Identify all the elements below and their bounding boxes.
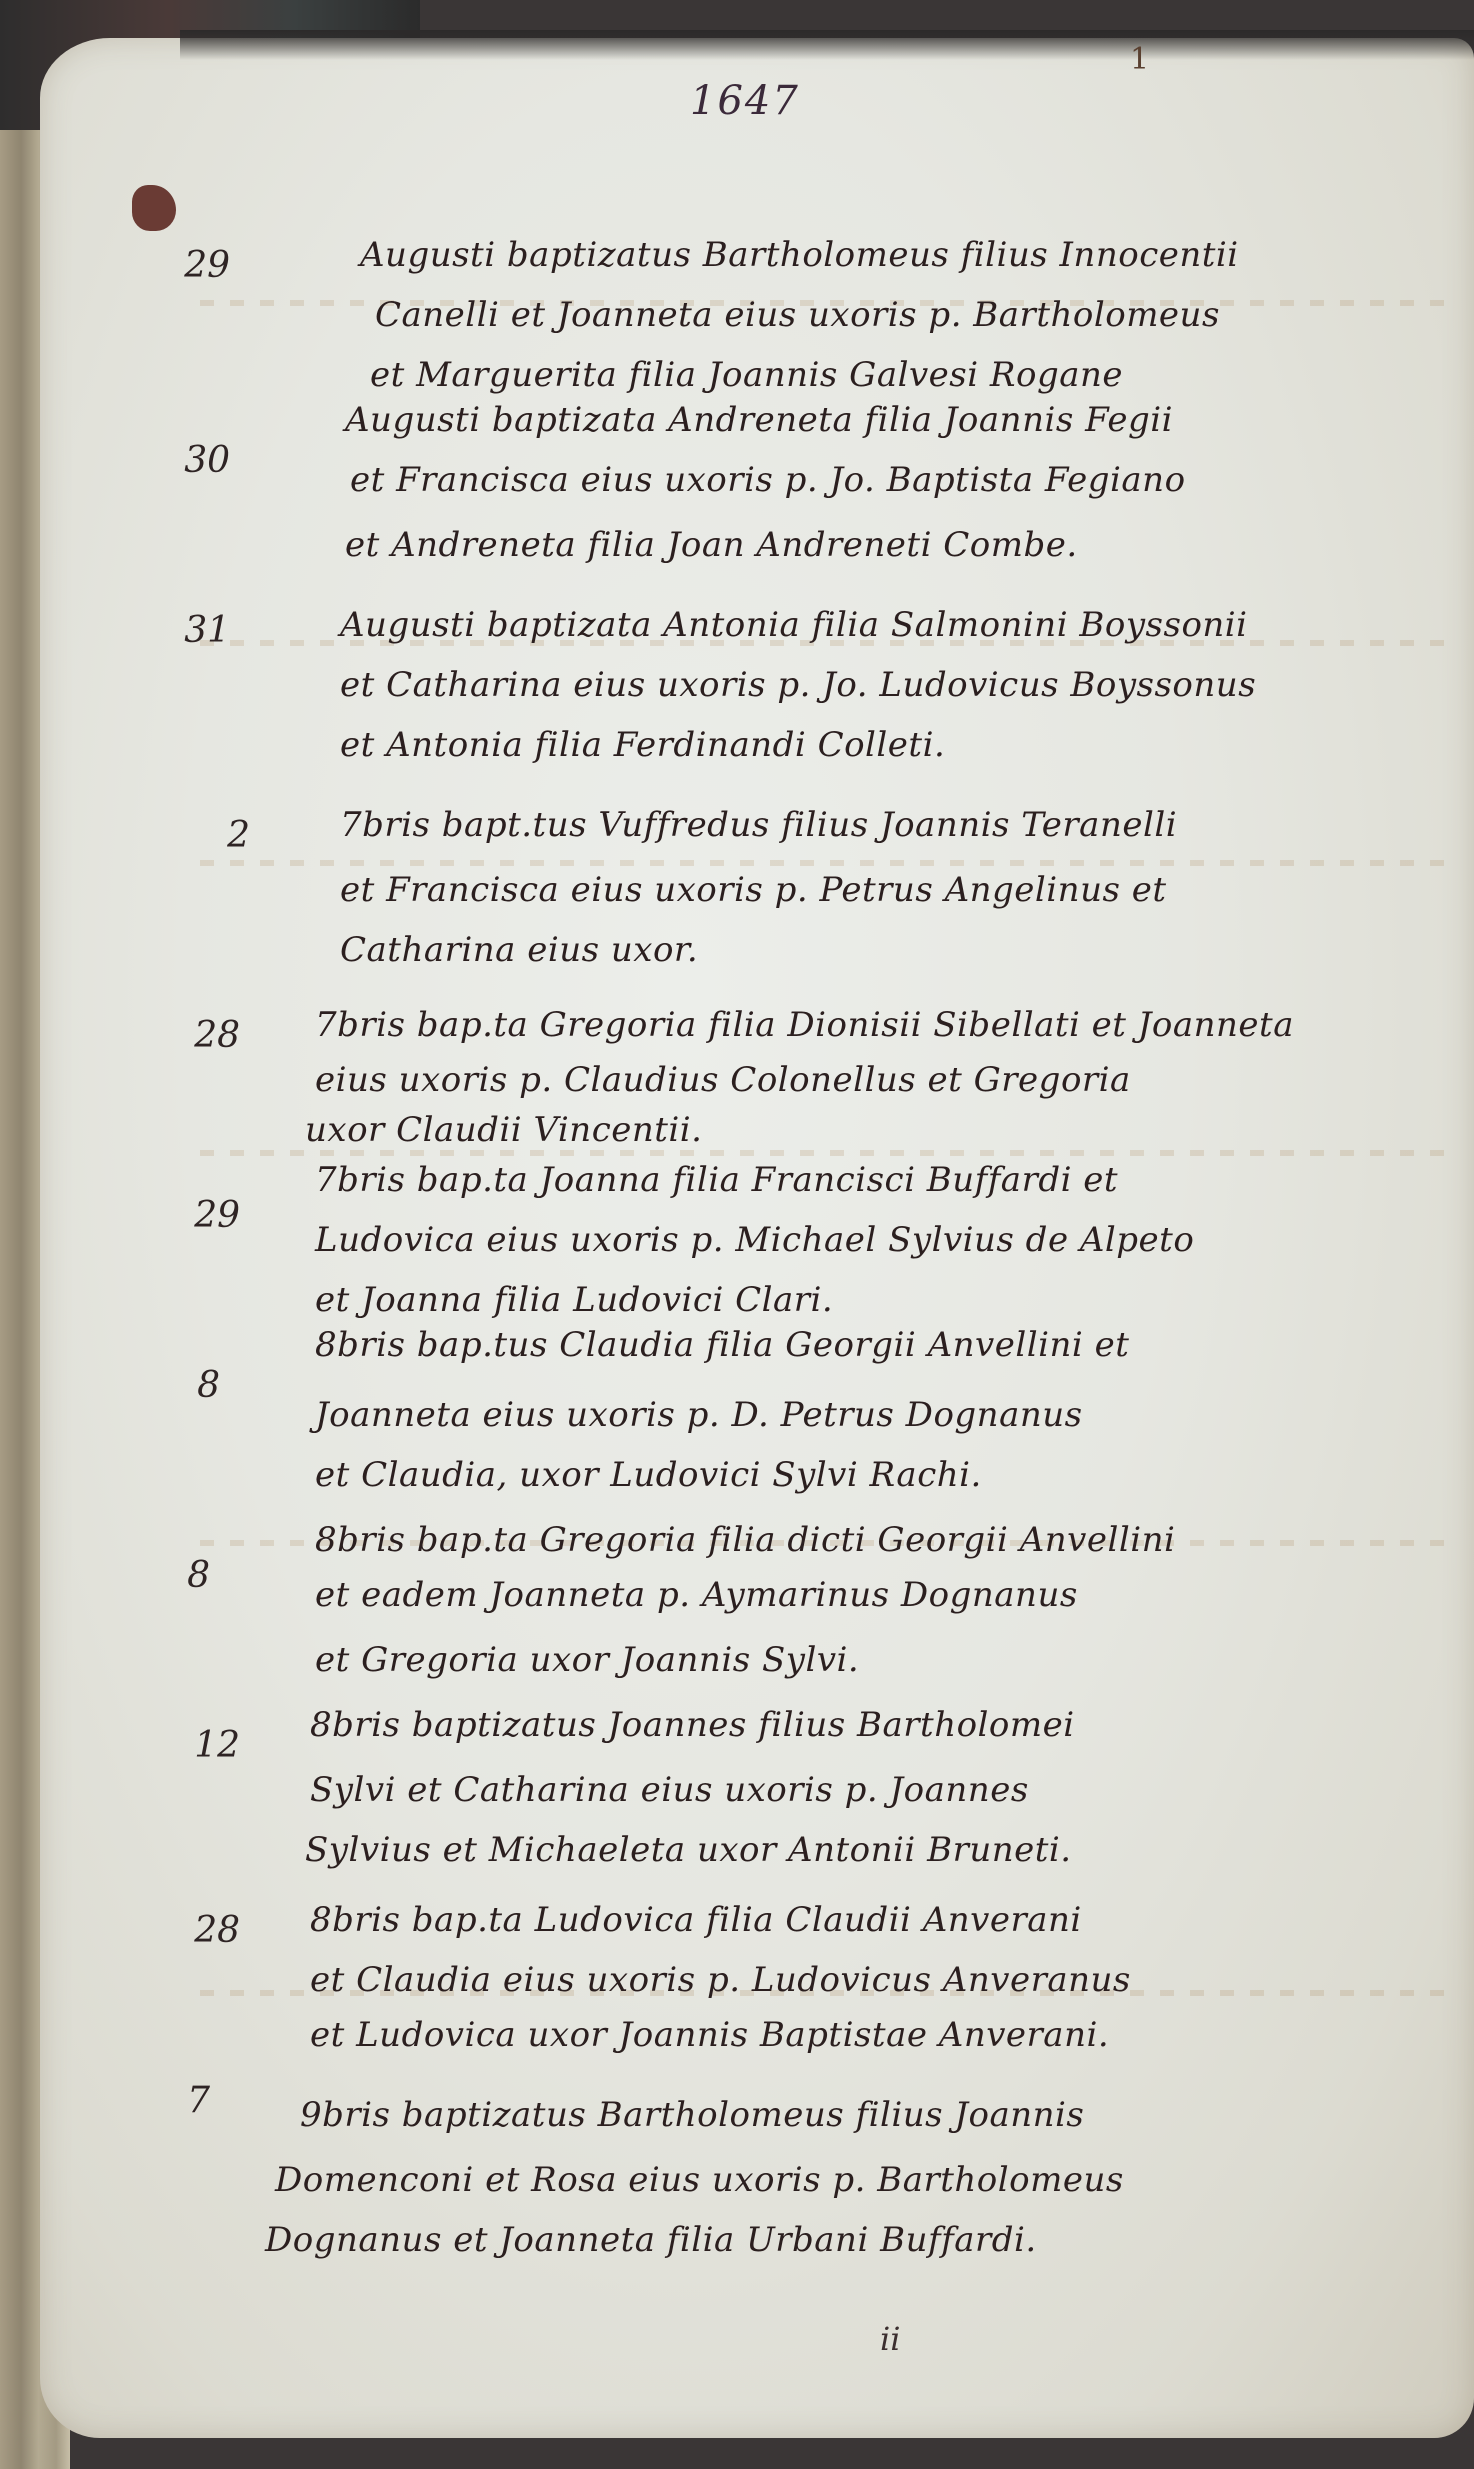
entry-line: et Andreneta filia Joan Andreneti Combe. <box>345 525 1078 565</box>
footer-mark: ii <box>880 2320 900 2358</box>
entry-day: 8 <box>140 1365 220 1406</box>
entry-day: 8 <box>130 1555 210 1596</box>
entry-line: 8bris baptizatus Joannes filius Bartholo… <box>310 1705 1075 1745</box>
entry-day: 29 <box>160 1195 240 1236</box>
entry-line: 9bris baptizatus Bartholomeus filius Joa… <box>300 2095 1084 2135</box>
corner-mark: 1 <box>1130 42 1149 77</box>
entry-day: 31 <box>150 610 230 651</box>
entry-line: Dognanus et Joanneta filia Urbani Buffar… <box>265 2220 1037 2260</box>
entry-line: et Catharina eius uxoris p. Jo. Ludovicu… <box>340 665 1256 705</box>
entry-line: et eadem Joanneta p. Aymarinus Dognanus <box>315 1575 1078 1615</box>
entry-line: Augusti baptizata Antonia filia Salmonin… <box>340 605 1248 645</box>
entry-day: 28 <box>160 1910 240 1951</box>
entry-line: 7bris bap.ta Gregoria filia Dionisii Sib… <box>315 1005 1294 1045</box>
entry-line: et Marguerita filia Joannis Galvesi Roga… <box>370 355 1123 395</box>
entry-line: et Antonia filia Ferdinandi Colleti. <box>340 725 945 765</box>
entry-day: 12 <box>160 1725 240 1766</box>
entry-day: 29 <box>150 245 230 286</box>
entry-line: Sylvius et Michaeleta uxor Antonii Brune… <box>305 1830 1072 1870</box>
entry-line: et Gregoria uxor Joannis Sylvi. <box>315 1640 859 1680</box>
entry-line: et Francisca eius uxoris p. Jo. Baptista… <box>350 460 1186 500</box>
entry-line: Domenconi et Rosa eius uxoris p. Barthol… <box>275 2160 1124 2200</box>
entry-line: Sylvi et Catharina eius uxoris p. Joanne… <box>310 1770 1029 1810</box>
ink-stain <box>132 185 176 231</box>
entry-line: Augusti baptizata Andreneta filia Joanni… <box>345 400 1173 440</box>
folio-year-header: 1647 <box>690 78 800 124</box>
entry-line: Canelli et Joanneta eius uxoris p. Barth… <box>375 295 1220 335</box>
entry-day: 30 <box>150 440 230 481</box>
entry-day: 2 <box>170 815 250 856</box>
entry-line: uxor Claudii Vincentii. <box>305 1110 703 1150</box>
entry-line: Augusti baptizatus Bartholomeus filius I… <box>360 235 1239 275</box>
entry-line: et Claudia, uxor Ludovici Sylvi Rachi. <box>315 1455 982 1495</box>
bleed-through <box>200 860 1444 866</box>
entry-day: 7 <box>130 2080 210 2121</box>
entry-day: 28 <box>160 1015 240 1056</box>
entry-line: 8bris bap.ta Gregoria filia dicti Georgi… <box>315 1520 1175 1560</box>
entry-line: Ludovica eius uxoris p. Michael Sylvius … <box>315 1220 1194 1260</box>
entry-line: 8bris bap.tus Claudia filia Georgii Anve… <box>315 1325 1129 1365</box>
entry-line: 7bris bap.ta Joanna filia Francisci Buff… <box>315 1160 1118 1200</box>
entry-line: Catharina eius uxor. <box>340 930 698 970</box>
entry-line: eius uxoris p. Claudius Colonellus et Gr… <box>315 1060 1131 1100</box>
entry-line: et Joanna filia Ludovici Clari. <box>315 1280 833 1320</box>
entry-line: et Ludovica uxor Joannis Baptistae Anver… <box>310 2015 1109 2055</box>
bleed-through <box>200 1150 1444 1156</box>
entry-line: 8bris bap.ta Ludovica filia Claudii Anve… <box>310 1900 1082 1940</box>
page-edge-shadow <box>180 30 1474 60</box>
entry-line: et Francisca eius uxoris p. Petrus Angel… <box>340 870 1167 910</box>
entry-line: et Claudia eius uxoris p. Ludovicus Anve… <box>310 1960 1131 2000</box>
entry-line: 7bris bapt.tus Vuffredus filius Joannis … <box>340 805 1177 845</box>
entry-line: Joanneta eius uxoris p. D. Petrus Dognan… <box>315 1395 1083 1435</box>
